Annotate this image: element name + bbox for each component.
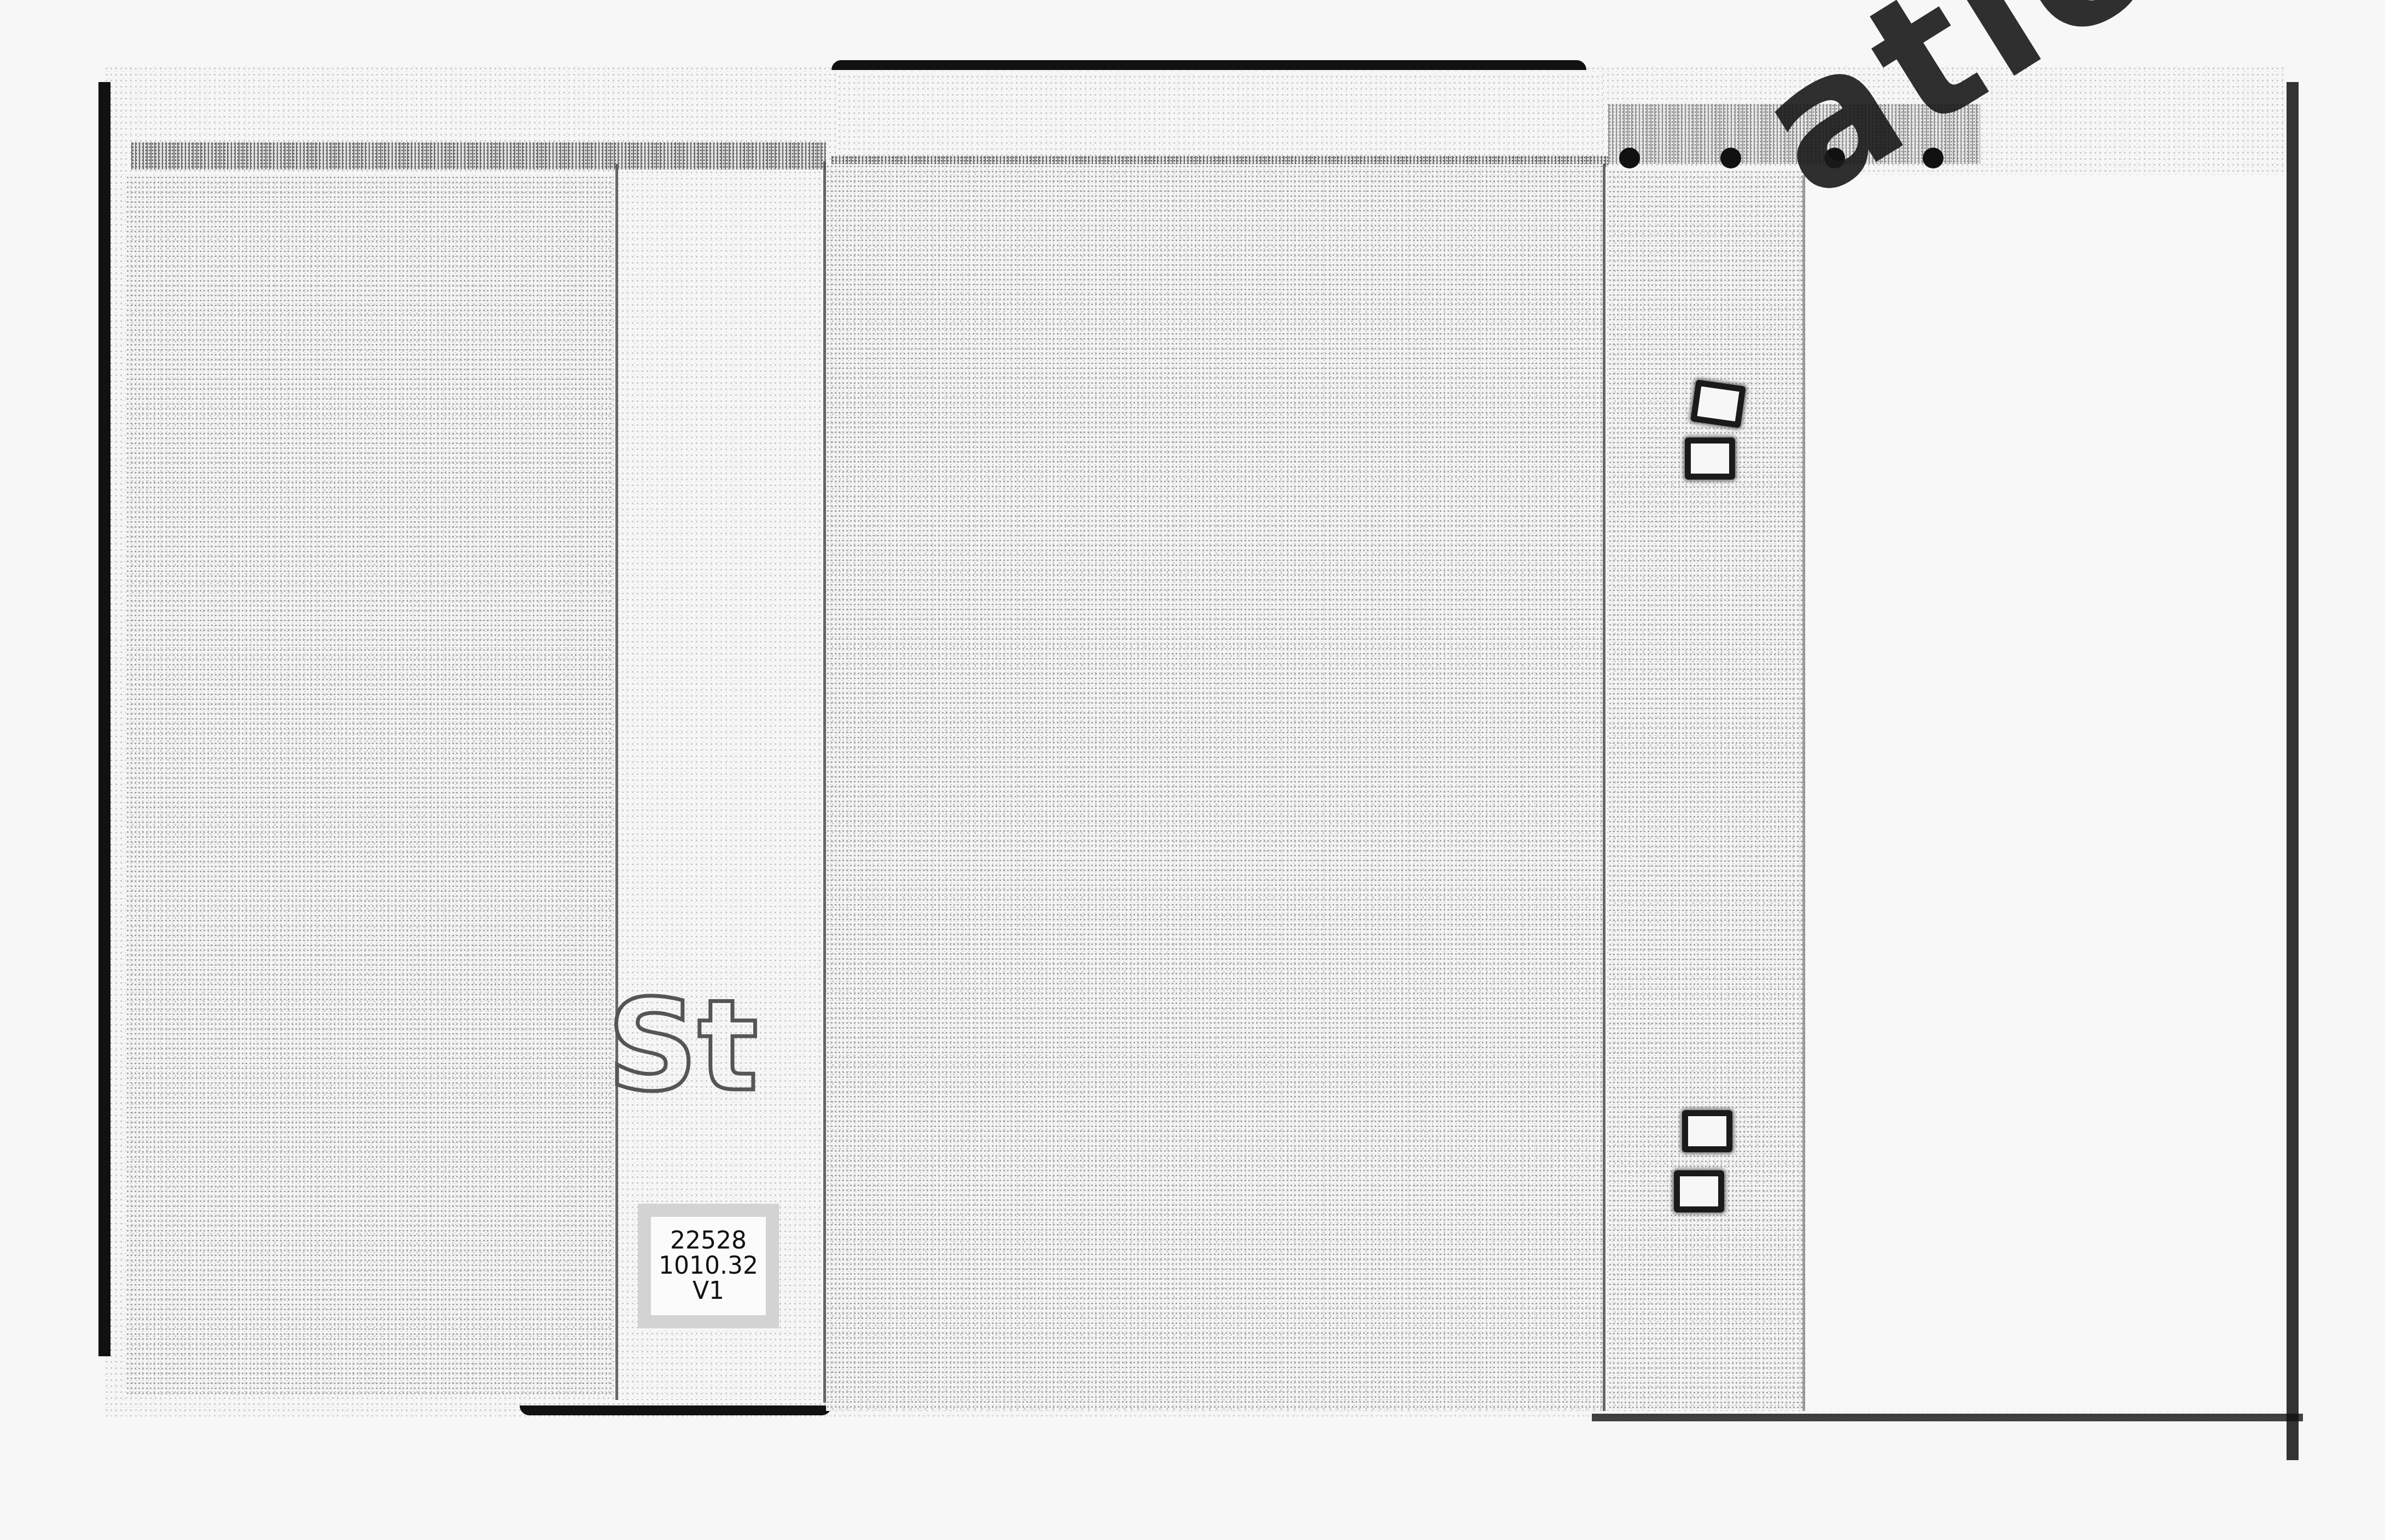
- punch-square: [1690, 380, 1746, 428]
- front-cover-panel: [826, 164, 1603, 1411]
- fold-line: [1603, 164, 1605, 1411]
- punch-square: [1682, 1110, 1732, 1152]
- top-flap-center: [837, 74, 1603, 161]
- fold-line: [823, 161, 826, 1403]
- spine-panel: [615, 170, 823, 1400]
- binding-hole: [1720, 148, 1741, 168]
- top-strip-left: [131, 142, 826, 170]
- bottom-edge-right: [1592, 1414, 2303, 1421]
- bottom-edge-left: [520, 1405, 831, 1415]
- stencil-text-spine: St: [607, 973, 758, 1119]
- left-edge: [98, 82, 110, 1356]
- back-cover-panel: [126, 175, 613, 1395]
- fold-line: [615, 164, 618, 1400]
- blank-panel: [1805, 175, 2287, 1411]
- punch-square: [1685, 437, 1735, 480]
- punch-square: [1674, 1170, 1724, 1212]
- binding-hole: [1619, 148, 1640, 168]
- spine-call-number-label: 22528 1010.32 V1: [651, 1217, 766, 1315]
- fold-line: [1802, 175, 1805, 1411]
- label-line-3: V1: [693, 1279, 724, 1304]
- flap-panel: [1608, 170, 1805, 1411]
- label-line-1: 22528: [670, 1228, 747, 1253]
- top-edge-center: [831, 60, 1586, 70]
- right-edge: [2287, 82, 2299, 1460]
- label-line-2: 1010.32: [659, 1253, 758, 1279]
